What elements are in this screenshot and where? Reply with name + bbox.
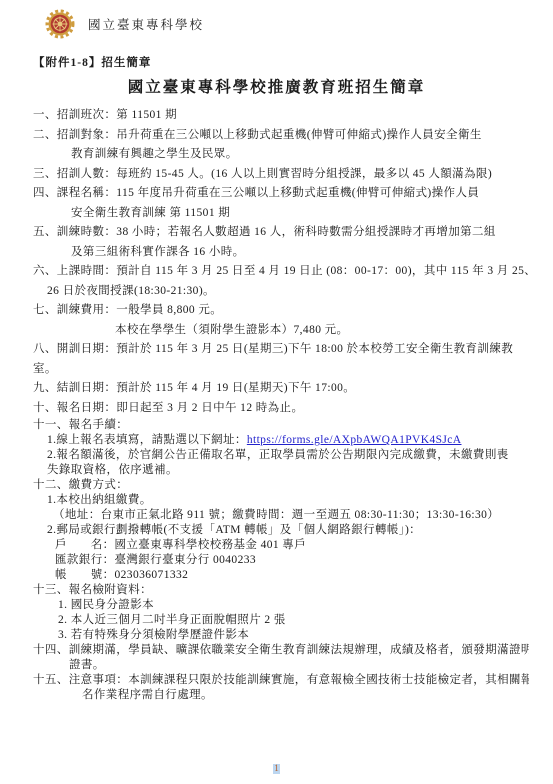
doc-line-text: 十二、繳費方式： xyxy=(33,479,128,491)
document-page: 國立臺東專科學校 【附件1-8】招生簡章 國立臺東專科學校推廣教育班招生簡章 一… xyxy=(0,0,553,784)
doc-line-text: 證書。 xyxy=(69,659,105,671)
doc-line-text: （地址：台東市正氣北路 911 號；繳費時間：週一至週五 08:30-11:30… xyxy=(53,509,499,521)
doc-line: 證書。 xyxy=(33,658,529,673)
doc-line-text: 及第三組術科實作課各 16 小時。 xyxy=(71,246,245,258)
doc-line: 九、結訓日期：預計於 115 年 4 月 19 日(星期天)下午 17:00。 xyxy=(33,379,529,399)
doc-line: 一、招訓班次：第 11501 期 xyxy=(33,106,529,126)
school-name: 國立臺東專科學校 xyxy=(88,15,204,33)
doc-line-text: 室。 xyxy=(33,363,57,375)
doc-line: 帳 號：023036071332 xyxy=(33,568,529,583)
doc-line: 2. 本人近三個月二吋半身正面脫帽照片 2 張 xyxy=(33,613,529,628)
doc-line-text: 八、開訓日期：預計於 115 年 3 月 25 日(星期三)下午 18:00 於… xyxy=(33,343,513,355)
doc-line: 十三、報名檢附資料： xyxy=(33,583,529,598)
doc-line: 名作業程序需自行處理。 xyxy=(33,688,529,703)
doc-line-text: 四、課程名稱：115 年度吊升荷重在三公噸以上移動式起重機(伸臂可伸縮式)操作人… xyxy=(33,187,479,199)
doc-line: 二、招訓對象：吊升荷重在三公噸以上移動式起重機(伸臂可伸縮式)操作人員安全衛生 xyxy=(33,126,529,146)
doc-line-text: 3. 若有特殊身分須檢附學歷證件影本 xyxy=(58,629,249,641)
doc-line: 26 日於夜間授課(18:30-21:30)。 xyxy=(33,282,529,302)
doc-line: 及第三組術科實作課各 16 小時。 xyxy=(33,243,529,263)
doc-line-text: 十一、報名手續： xyxy=(33,419,128,431)
doc-line-text: 十四、訓練期滿，學員缺、曠課依職業安全衛生教育訓練法規辦理，成績及格者，頒發期滿… xyxy=(33,644,529,656)
doc-line-text: 1.線上報名表填寫，請點選以下網址： xyxy=(47,434,247,446)
doc-line-text: 六、上課時間：預計自 115 年 3 月 25 日至 4 月 19 日止 (08… xyxy=(33,265,529,277)
doc-line: 1.線上報名表填寫，請點選以下網址：https://forms.gle/AXpb… xyxy=(33,433,529,448)
doc-line: 十、報名日期：即日起至 3 月 2 日中午 12 時為止。 xyxy=(33,399,529,419)
doc-line-text: 十五、注意事項：本訓練課程只限於技能訓練實施，有意報檢全國技術士技能檢定者，其相… xyxy=(33,674,529,686)
doc-line-text: 二、招訓對象：吊升荷重在三公噸以上移動式起重機(伸臂可伸縮式)操作人員安全衛生 xyxy=(33,129,482,141)
doc-line: 2.郵局或銀行劃撥轉帳(不支援「ATM 轉帳」及「個人網路銀行轉帳」)： xyxy=(33,523,529,538)
doc-line-text: 一、招訓班次：第 11501 期 xyxy=(33,109,177,121)
doc-line-text: 1. 國民身分證影本 xyxy=(58,599,154,611)
doc-line-text: 安全衛生教育訓練 第 11501 期 xyxy=(71,207,230,219)
doc-line: 本校在學學生（須附學生證影本）7,480 元。 xyxy=(33,321,529,341)
doc-line-text: 教育訓練有興趣之學生及民眾。 xyxy=(71,148,238,160)
doc-line: 六、上課時間：預計自 115 年 3 月 25 日至 4 月 19 日止 (08… xyxy=(33,262,529,282)
school-seal-icon xyxy=(45,9,75,39)
registration-form-link[interactable]: https://forms.gle/AXpbAWQA1PVK4SJcA xyxy=(247,434,462,446)
doc-line-text: 三、招訓人數：每班約 15-45 人。(16 人以上則實習時分組授課，最多以 4… xyxy=(33,168,492,180)
doc-line: 三、招訓人數：每班約 15-45 人。(16 人以上則實習時分組授課，最多以 4… xyxy=(33,165,529,185)
doc-line: 1.本校出納組繳費。 xyxy=(33,493,529,508)
doc-line: 2.報名額滿後，於官網公告正備取名單，正取學員需於公告期限內完成繳費，未繳費則喪 xyxy=(33,448,529,463)
doc-line: 八、開訓日期：預計於 115 年 3 月 25 日(星期三)下午 18:00 於… xyxy=(33,340,529,360)
doc-line-text: 2. 本人近三個月二吋半身正面脫帽照片 2 張 xyxy=(58,614,286,626)
doc-line: 失錄取資格，依序遞補。 xyxy=(33,463,529,478)
doc-line-text: 九、結訓日期：預計於 115 年 4 月 19 日(星期天)下午 17:00。 xyxy=(33,382,355,394)
doc-line: 十二、繳費方式： xyxy=(33,478,529,493)
page-header: 國立臺東專科學校 xyxy=(0,0,553,39)
doc-line: 室。 xyxy=(33,360,529,380)
doc-line: 教育訓練有興趣之學生及民眾。 xyxy=(33,145,529,165)
doc-line: 十四、訓練期滿，學員缺、曠課依職業安全衛生教育訓練法規辦理，成績及格者，頒發期滿… xyxy=(33,643,529,658)
doc-line: 五、訓練時數：38 小時；若報名人數超過 16 人，術科時數需分組授課時才再增加… xyxy=(33,223,529,243)
doc-line-text: 十、報名日期：即日起至 3 月 2 日中午 12 時為止。 xyxy=(33,402,303,414)
doc-line-text: 26 日於夜間授課(18:30-21:30)。 xyxy=(47,285,215,297)
doc-line-text: 1.本校出納組繳費。 xyxy=(47,494,152,506)
doc-line: 3. 若有特殊身分須檢附學歷證件影本 xyxy=(33,628,529,643)
doc-line: 匯款銀行：臺灣銀行臺東分行 0040233 xyxy=(33,553,529,568)
doc-line: 十一、報名手續： xyxy=(33,418,529,433)
doc-line: 十五、注意事項：本訓練課程只限於技能訓練實施，有意報檢全國技術士技能檢定者，其相… xyxy=(33,673,529,688)
doc-line: （地址：台東市正氣北路 911 號；繳費時間：週一至週五 08:30-11:30… xyxy=(33,508,529,523)
doc-line-text: 失錄取資格，依序遞補。 xyxy=(47,464,178,476)
doc-line-text: 名作業程序需自行處理。 xyxy=(82,689,213,701)
document-lines: 一、招訓班次：第 11501 期二、招訓對象：吊升荷重在三公噸以上移動式起重機(… xyxy=(33,106,529,703)
doc-line-text: 戶 名：國立臺東專科學校校務基金 401 專戶 xyxy=(55,539,306,551)
doc-line: 四、課程名稱：115 年度吊升荷重在三公噸以上移動式起重機(伸臂可伸縮式)操作人… xyxy=(33,184,529,204)
doc-line-text: 十三、報名檢附資料： xyxy=(33,584,152,596)
doc-line: 戶 名：國立臺東專科學校校務基金 401 專戶 xyxy=(33,538,529,553)
doc-line: 七、訓練費用：一般學員 8,800 元。 xyxy=(33,301,529,321)
doc-line: 1. 國民身分證影本 xyxy=(33,598,529,613)
doc-line-text: 五、訓練時數：38 小時；若報名人數超過 16 人，術科時數需分組授課時才再增加… xyxy=(33,226,496,238)
page-footer: 1 xyxy=(0,758,553,776)
page-title: 國立臺東專科學校推廣教育班招生簡章 xyxy=(0,75,553,97)
doc-line-text: 帳 號：023036071332 xyxy=(55,569,188,581)
doc-line-text: 七、訓練費用：一般學員 8,800 元。 xyxy=(33,304,222,316)
page-number: 1 xyxy=(273,764,280,774)
doc-line-text: 2.報名額滿後，於官網公告正備取名單，正取學員需於公告期限內完成繳費，未繳費則喪 xyxy=(47,449,509,461)
doc-line-text: 本校在學學生（須附學生證影本）7,480 元。 xyxy=(115,324,348,336)
doc-line-text: 2.郵局或銀行劃撥轉帳(不支援「ATM 轉帳」及「個人網路銀行轉帳」)： xyxy=(47,524,421,536)
attachment-label: 【附件1-8】招生簡章 xyxy=(33,54,553,70)
doc-line-text: 匯款銀行：臺灣銀行臺東分行 0040233 xyxy=(55,554,256,566)
doc-line: 安全衛生教育訓練 第 11501 期 xyxy=(33,204,529,224)
